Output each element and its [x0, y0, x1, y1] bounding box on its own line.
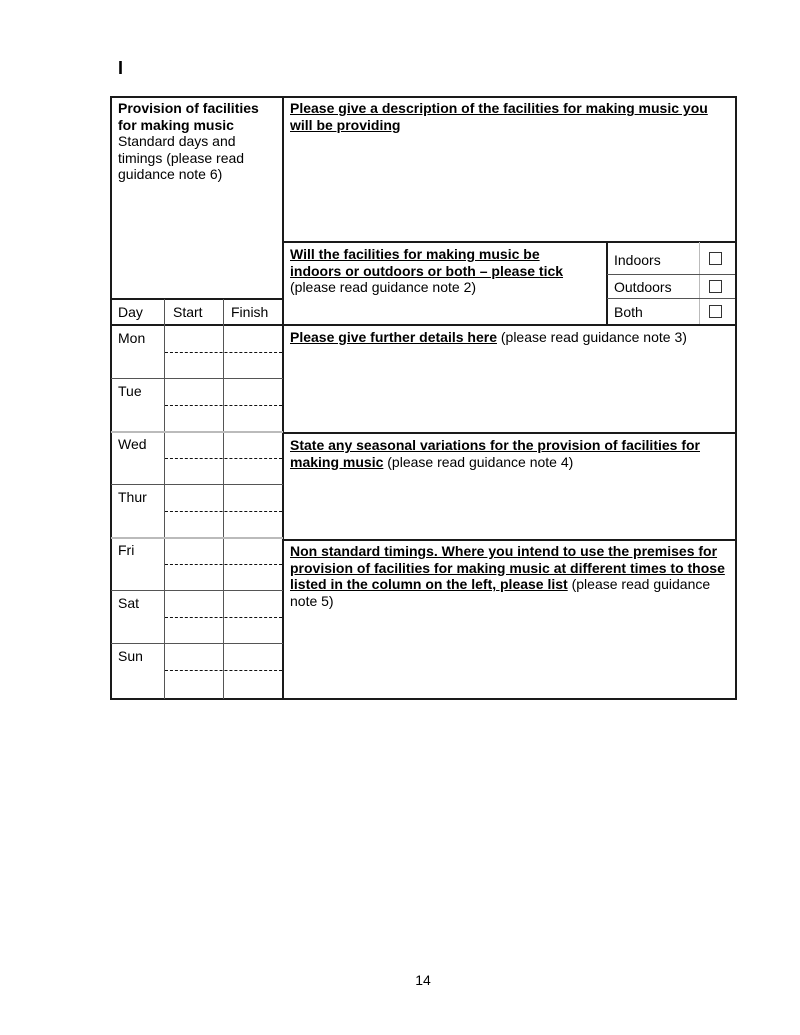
column-header-day: Day — [118, 304, 143, 321]
checkbox-column-divider — [699, 242, 700, 324]
table-bottom-border — [110, 698, 737, 700]
time-start-input[interactable] — [165, 353, 222, 378]
option-indoors-checkbox[interactable] — [709, 252, 722, 265]
time-finish-input[interactable] — [224, 485, 281, 510]
left-header: Provision of facilities for making music… — [118, 100, 278, 183]
column-header-start: Start — [173, 304, 203, 321]
seasonal-input[interactable] — [284, 472, 734, 536]
time-start-input[interactable] — [165, 591, 222, 616]
option-divider-2 — [607, 298, 735, 299]
day-label: Mon — [118, 330, 145, 347]
location-top-border — [283, 241, 736, 243]
day-label: Sun — [118, 648, 143, 665]
time-finish-input[interactable] — [224, 406, 281, 431]
time-start-input[interactable] — [165, 406, 222, 431]
time-finish-input[interactable] — [224, 565, 281, 590]
day-label: Fri — [118, 542, 134, 559]
location-prompt: Will the facilities for making music be … — [290, 246, 590, 296]
time-finish-input[interactable] — [224, 644, 281, 669]
left-header-subtitle: Standard days and timings (please read g… — [118, 133, 244, 182]
option-indoors-label: Indoors — [614, 252, 661, 269]
option-outdoors-label: Outdoors — [614, 279, 672, 296]
table-top-border — [110, 96, 737, 98]
day-label: Sat — [118, 595, 139, 612]
time-start-input[interactable] — [165, 512, 222, 537]
description-input[interactable] — [284, 135, 734, 240]
table-left-border — [110, 96, 112, 700]
further-details-prompt-bold: Please give further details here — [290, 329, 497, 345]
day-label: Tue — [118, 383, 142, 400]
time-finish-input[interactable] — [224, 432, 281, 457]
non-standard-input[interactable] — [284, 612, 734, 696]
time-start-input[interactable] — [165, 671, 222, 696]
time-finish-input[interactable] — [224, 459, 281, 484]
option-divider-1 — [607, 274, 735, 275]
location-prompt-note: (please read guidance note 2) — [290, 279, 476, 295]
time-finish-input[interactable] — [224, 379, 281, 404]
seasonal-prompt-note: (please read guidance note 4) — [383, 454, 573, 470]
time-finish-input[interactable] — [224, 591, 281, 616]
section-letter: I — [118, 58, 123, 79]
time-start-input[interactable] — [165, 432, 222, 457]
time-start-input[interactable] — [165, 485, 222, 510]
time-start-input[interactable] — [165, 644, 222, 669]
description-prompt: Please give a description of the facilit… — [290, 100, 730, 133]
time-start-input[interactable] — [165, 459, 222, 484]
left-header-title: Provision of facilities for making music — [118, 100, 259, 133]
non-standard-top-border — [283, 539, 736, 541]
time-start-input[interactable] — [165, 565, 222, 590]
time-start-input[interactable] — [165, 618, 222, 643]
table-right-border — [735, 96, 737, 700]
seasonal-top-border — [283, 432, 736, 434]
time-finish-input[interactable] — [224, 512, 281, 537]
page-number: 14 — [0, 972, 800, 988]
time-finish-input[interactable] — [224, 326, 281, 351]
option-both-label: Both — [614, 304, 643, 321]
day-label: Wed — [118, 436, 147, 453]
column-header-finish: Finish — [231, 304, 268, 321]
time-start-input[interactable] — [165, 538, 222, 563]
time-start-input[interactable] — [165, 326, 222, 351]
day-label: Thur — [118, 489, 147, 506]
time-finish-input[interactable] — [224, 618, 281, 643]
seasonal-prompt: State any seasonal variations for the pr… — [290, 437, 730, 470]
further-details-input[interactable] — [284, 348, 734, 430]
further-details-prompt-note: (please read guidance note 3) — [497, 329, 687, 345]
location-prompt-bold: Will the facilities for making music be … — [290, 246, 563, 279]
further-details-prompt: Please give further details here (please… — [290, 329, 730, 346]
non-standard-prompt: Non standard timings. Where you intend t… — [290, 543, 730, 609]
timings-header-top — [110, 298, 283, 300]
time-finish-input[interactable] — [224, 538, 281, 563]
time-finish-input[interactable] — [224, 353, 281, 378]
time-start-input[interactable] — [165, 379, 222, 404]
option-both-checkbox[interactable] — [709, 305, 722, 318]
further-details-top-border — [283, 324, 736, 326]
option-outdoors-checkbox[interactable] — [709, 280, 722, 293]
location-options-divider — [606, 242, 608, 324]
time-finish-input[interactable] — [224, 671, 281, 696]
